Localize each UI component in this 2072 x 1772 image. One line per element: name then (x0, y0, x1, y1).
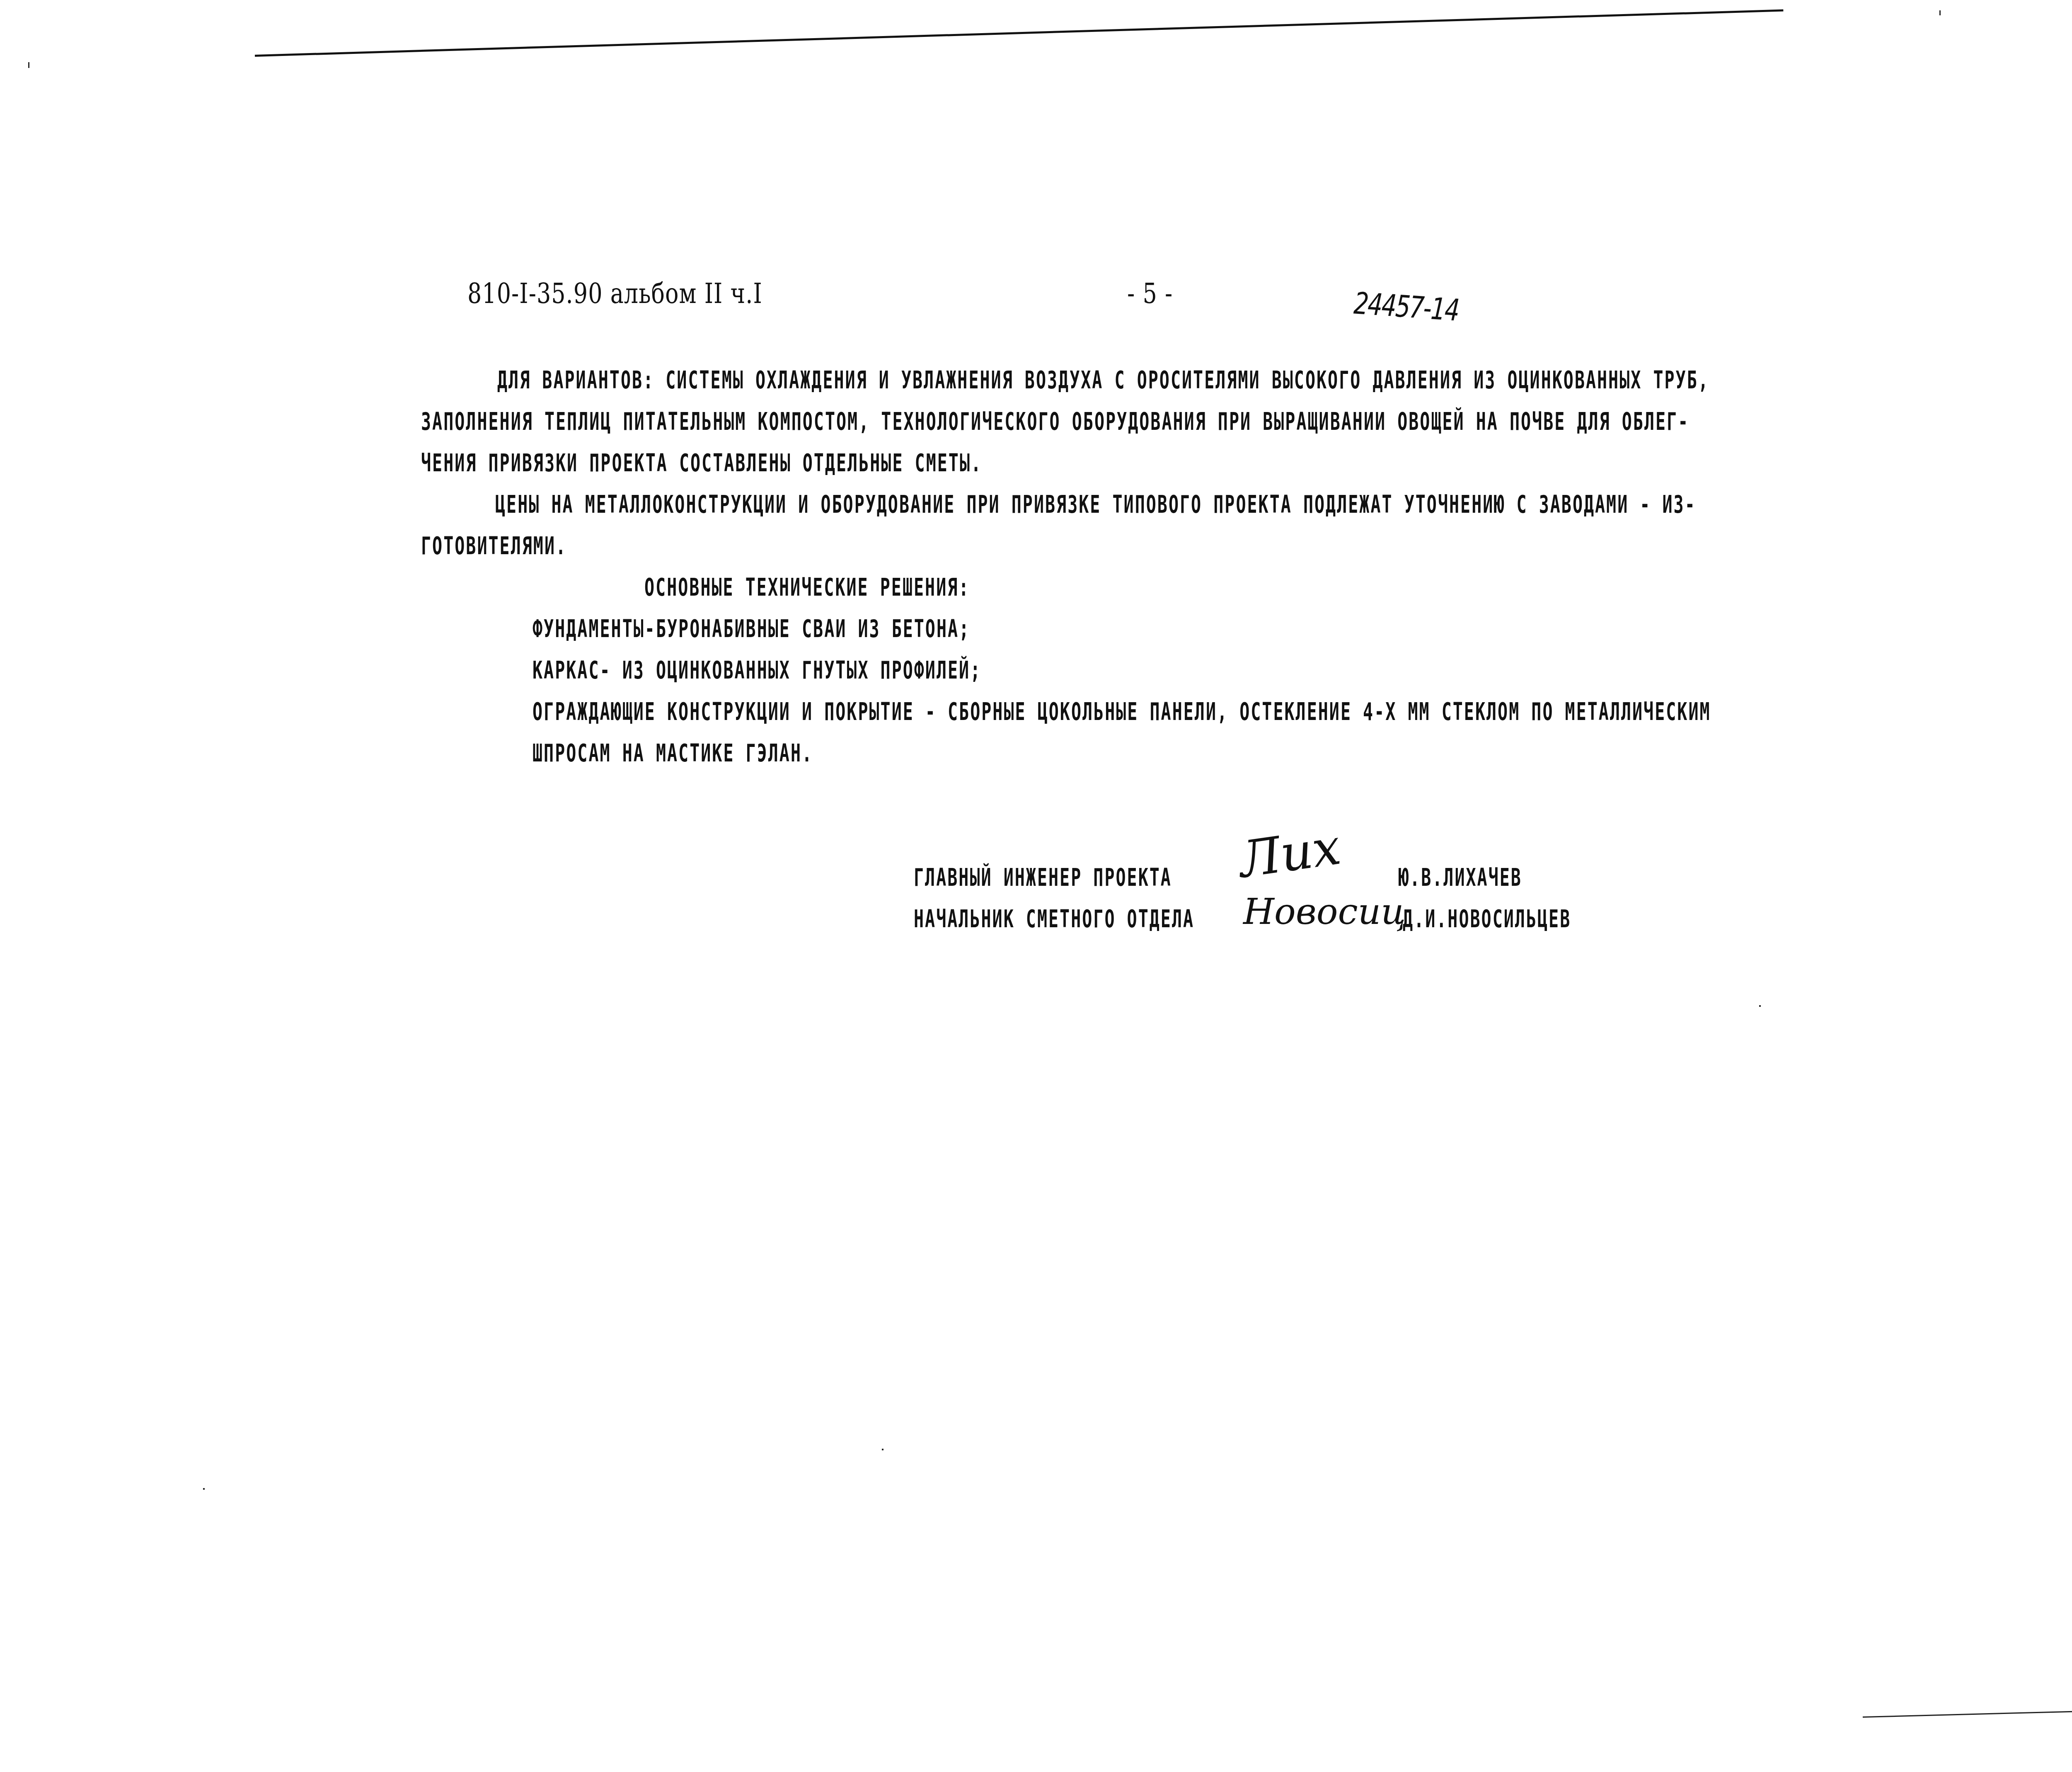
document-page: 810-I-35.90 альбом II ч.I - 5 - 24457-14… (0, 0, 2072, 1772)
decision-item: КАРКАС- ИЗ ОЦИНКОВАННЫХ ГНУТЫХ ПРОФИЛЕЙ; (533, 657, 981, 685)
signatory-name-estimates-head: Д.И.НОВОСИЛЬЦЕВ (1403, 906, 1571, 933)
document-code: 810-I-35.90 альбом II ч.I (467, 277, 762, 310)
signature-chief-engineer: Лих (1236, 818, 1344, 890)
paragraph-1-line-3: ЧЕНИЯ ПРИВЯЗКИ ПРОЕКТА СОСТАВЛЕНЫ ОТДЕЛЬ… (421, 450, 982, 478)
signature-estimates-head: Новосиц (1243, 891, 1406, 933)
paragraph-2-line-2: ГОТОВИТЕЛЯМИ. (421, 533, 567, 560)
decision-item: ШПРОСАМ НА МАСТИКЕ ГЭЛАН. (533, 740, 813, 768)
section-heading: ОСНОВНЫЕ ТЕХНИЧЕСКИЕ РЕШЕНИЯ: (644, 574, 970, 602)
scan-speck (1759, 1005, 1761, 1007)
scan-speck (203, 1488, 205, 1490)
scan-speck (882, 1449, 884, 1450)
handwritten-inventory-number: 24457-14 (1353, 286, 1460, 328)
page-number: - 5 - (1127, 277, 1173, 310)
scan-speck (28, 62, 29, 68)
signatory-title-chief-engineer: ГЛАВНЫЙ ИНЖЕНЕР ПРОЕКТА (914, 864, 1172, 892)
paragraph-2-line-1: ЦЕНЫ НА МЕТАЛЛОКОНСТРУКЦИИ И ОБОРУДОВАНИ… (495, 491, 1696, 519)
signatory-name-chief-engineer: Ю.В.ЛИХАЧЕВ (1399, 864, 1522, 892)
signatory-title-estimates-head: НАЧАЛЬНИК СМЕТНОГО ОТДЕЛА (914, 906, 1194, 933)
decision-item: ОГРАЖДАЮЩИЕ КОНСТРУКЦИИ И ПОКРЫТИЕ - СБО… (533, 698, 1711, 726)
paragraph-1-line-2: ЗАПОЛНЕНИЯ ТЕПЛИЦ ПИТАТЕЛЬНЫМ КОМПОСТОМ,… (421, 408, 1689, 436)
scan-speck (1939, 10, 1941, 15)
scan-edge-line-bottom (1863, 1710, 2072, 1718)
scan-edge-line-top (255, 10, 1784, 57)
paragraph-1-line-1: ДЛЯ ВАРИАНТОВ: СИСТЕМЫ ОХЛАЖДЕНИЯ И УВЛА… (497, 367, 1709, 395)
decision-item: ФУНДАМЕНТЫ-БУРОНАБИВНЫЕ СВАИ ИЗ БЕТОНА; (533, 616, 970, 643)
